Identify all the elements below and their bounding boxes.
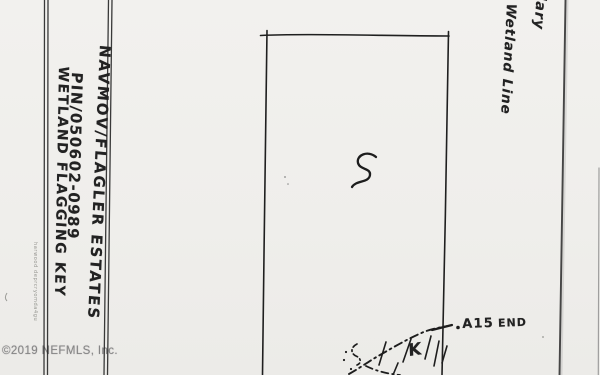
- flag-name: A15: [462, 316, 494, 332]
- flag-annotation: A15END: [462, 315, 527, 332]
- flag-tick-mark: [432, 325, 452, 330]
- squiggle-mark: [352, 154, 376, 187]
- right-border-lines: [560, 0, 600, 375]
- flag-point-dot: [456, 326, 460, 330]
- wetland-k-mark: K: [408, 339, 422, 361]
- boundary-label-partial: dary: [530, 0, 549, 30]
- parcel-outline: [261, 31, 450, 375]
- flag-suffix: END: [498, 316, 527, 330]
- scanned-plat-sheet: ©2019 NEFMLS, Inc. harwood deprcryomda4g…: [0, 0, 600, 375]
